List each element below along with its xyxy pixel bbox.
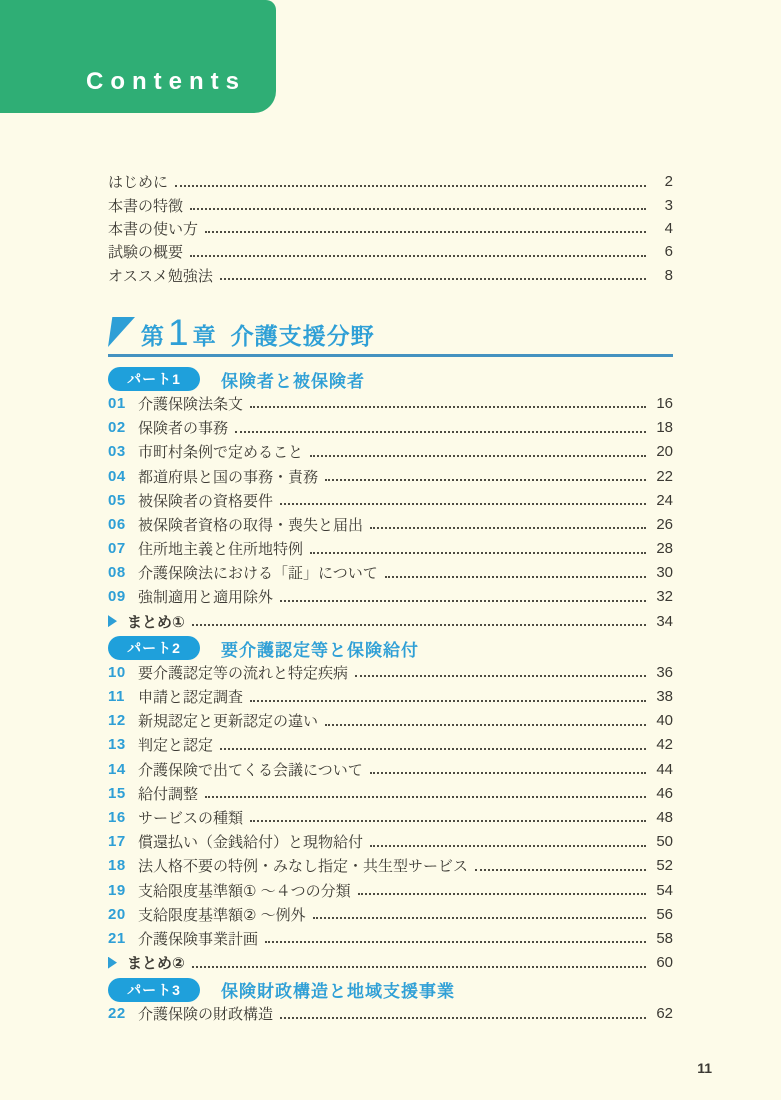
toc-item: 03市町村条例で定めること20	[108, 440, 673, 464]
page-ref: 18	[653, 419, 673, 436]
part-title: 保険財政構造と地域支援事業	[221, 977, 455, 1002]
page-ref: 40	[653, 712, 673, 729]
dot-leader	[192, 624, 646, 626]
toc-item: 14介護保険で出てくる会議について44	[108, 757, 673, 781]
toc-item: 05被保険者の資格要件24	[108, 488, 673, 512]
toc-item: 12新規認定と更新認定の違い40	[108, 709, 673, 733]
item-number: 21	[108, 930, 138, 947]
dot-leader	[280, 600, 646, 602]
page-ref: 38	[653, 688, 673, 705]
toc-item: 19支給限度基準額① ～４つの分類54	[108, 878, 673, 902]
front-matter-entry: 本書の特徴3	[108, 193, 673, 216]
entry-label: 介護保険で出てくる会議について	[138, 759, 363, 780]
entry-label: 住所地主義と住所地特例	[138, 538, 303, 559]
toc-item: 18法人格不要の特例・みなし指定・共生型サービス52	[108, 854, 673, 878]
toc-item: 01介護保険法条文16	[108, 391, 673, 415]
dot-leader	[205, 231, 646, 233]
item-number: 19	[108, 882, 138, 899]
page-ref: 28	[653, 540, 673, 557]
item-number: 05	[108, 492, 138, 509]
item-number: 03	[108, 443, 138, 460]
entry-label: 試験の概要	[108, 241, 183, 262]
part-header: パート2要介護認定等と保険給付	[108, 636, 673, 660]
dot-leader	[370, 772, 646, 774]
dot-leader	[475, 869, 646, 871]
item-number: 14	[108, 761, 138, 778]
entry-label: 介護保険の財政構造	[138, 1003, 273, 1024]
toc-item: 09強制適用と適用除外32	[108, 585, 673, 609]
page-ref: 44	[653, 761, 673, 778]
toc-content: はじめに2本書の特徴3本書の使い方4試験の概要6オススメ勉強法8 第 1 章 介…	[108, 0, 673, 1026]
chapter-number: 1	[168, 317, 189, 348]
page-ref: 34	[653, 613, 673, 630]
dot-leader	[310, 552, 646, 554]
toc-item: 20支給限度基準額② ～例外56	[108, 902, 673, 926]
page-ref: 20	[653, 443, 673, 460]
item-number: 18	[108, 857, 138, 874]
dot-leader	[385, 576, 646, 578]
page-ref: 32	[653, 588, 673, 605]
part-header: パート1保険者と被保険者	[108, 367, 673, 391]
dot-leader	[370, 845, 646, 847]
page-ref: 52	[653, 857, 673, 874]
toc-item: 07住所地主義と住所地特例28	[108, 537, 673, 561]
item-number: 10	[108, 664, 138, 681]
dot-leader	[370, 527, 646, 529]
toc-item: 16サービスの種類48	[108, 805, 673, 829]
page-ref: 50	[653, 833, 673, 850]
toc-item: 13判定と認定42	[108, 733, 673, 757]
toc-item: 06被保険者資格の取得・喪失と届出26	[108, 512, 673, 536]
page-ref: 8	[653, 267, 673, 284]
entry-label: 本書の特徴	[108, 195, 183, 216]
page-ref: 30	[653, 564, 673, 581]
dot-leader	[220, 278, 646, 280]
dot-leader	[250, 406, 646, 408]
page-number: 11	[697, 1060, 712, 1076]
entry-label: 新規認定と更新認定の違い	[138, 710, 318, 731]
entry-label: 介護保険法における「証」について	[138, 562, 378, 583]
dot-leader	[265, 941, 646, 943]
entry-label: サービスの種類	[138, 807, 243, 828]
dot-leader	[358, 893, 646, 895]
entry-label: はじめに	[108, 171, 168, 192]
page-ref: 22	[653, 468, 673, 485]
item-number: 16	[108, 809, 138, 826]
part-badge: パート3	[108, 978, 200, 1002]
entry-label: 保険者の事務	[138, 417, 228, 438]
entry-label: 支給限度基準額① ～４つの分類	[138, 880, 351, 901]
toc-item: 02保険者の事務18	[108, 416, 673, 440]
page-ref: 26	[653, 516, 673, 533]
page-ref: 62	[653, 1005, 673, 1022]
front-matter-entry: 本書の使い方4	[108, 217, 673, 240]
page-ref: 46	[653, 785, 673, 802]
dot-leader	[313, 917, 646, 919]
item-number: 15	[108, 785, 138, 802]
page-ref: 3	[653, 197, 673, 214]
item-number: 04	[108, 468, 138, 485]
toc-item: 21介護保険事業計画58	[108, 926, 673, 950]
entry-label: 給付調整	[138, 783, 198, 804]
entry-label: 要介護認定等の流れと特定疾病	[138, 662, 348, 683]
entry-label: まとめ②	[127, 952, 185, 973]
toc-item: 04都道府県と国の事務・責務22	[108, 464, 673, 488]
dot-leader	[325, 479, 646, 481]
item-number: 20	[108, 906, 138, 923]
summary-entry: まとめ②60	[108, 951, 673, 975]
entry-label: 法人格不要の特例・みなし指定・共生型サービス	[138, 855, 468, 876]
entry-label: 判定と認定	[138, 734, 213, 755]
entry-label: 介護保険事業計画	[138, 928, 258, 949]
page-ref: 24	[653, 492, 673, 509]
entry-label: まとめ①	[127, 611, 185, 632]
part-badge: パート2	[108, 636, 200, 660]
page-ref: 54	[653, 882, 673, 899]
dot-leader	[250, 820, 646, 822]
page-ref: 2	[653, 173, 673, 190]
triangle-bullet-icon	[108, 957, 117, 969]
item-number: 02	[108, 419, 138, 436]
toc-item: 10要介護認定等の流れと特定疾病36	[108, 660, 673, 684]
chapter-suffix: 章	[193, 325, 216, 348]
dot-leader	[280, 503, 646, 505]
toc-item: 08介護保険法における「証」について30	[108, 561, 673, 585]
part-badge: パート1	[108, 367, 200, 391]
dot-leader	[175, 185, 646, 187]
dot-leader	[310, 455, 646, 457]
chapter-title: 介護支援分野	[231, 325, 375, 348]
dot-leader	[192, 966, 646, 968]
dot-leader	[190, 255, 646, 257]
item-number: 13	[108, 736, 138, 753]
front-matter-list: はじめに2本書の特徴3本書の使い方4試験の概要6オススメ勉強法8	[108, 170, 673, 287]
item-number: 01	[108, 395, 138, 412]
chapter-flag-icon	[108, 317, 135, 347]
dot-leader	[205, 796, 646, 798]
entry-label: オススメ勉強法	[108, 265, 213, 286]
part-title: 要介護認定等と保険給付	[221, 636, 419, 661]
item-number: 09	[108, 588, 138, 605]
entry-label: 支給限度基準額② ～例外	[138, 904, 306, 925]
entry-label: 市町村条例で定めること	[138, 441, 303, 462]
toc-item: 22介護保険の財政構造62	[108, 1002, 673, 1026]
page-ref: 36	[653, 664, 673, 681]
toc-item: 15給付調整46	[108, 781, 673, 805]
dot-leader	[235, 431, 646, 433]
entry-label: 本書の使い方	[108, 218, 198, 239]
dot-leader	[355, 675, 646, 677]
part-header: パート3保険財政構造と地域支援事業	[108, 978, 673, 1002]
dot-leader	[220, 748, 646, 750]
front-matter-entry: 試験の概要6	[108, 240, 673, 263]
front-matter-entry: はじめに2	[108, 170, 673, 193]
chapter-prefix: 第	[141, 325, 164, 348]
part-title: 保険者と被保険者	[221, 367, 365, 392]
entry-label: 償還払い（金銭給付）と現物給付	[138, 831, 363, 852]
entry-label: 都道府県と国の事務・責務	[138, 466, 318, 487]
summary-entry: まとめ①34	[108, 609, 673, 633]
item-number: 11	[108, 688, 138, 705]
page-ref: 56	[653, 906, 673, 923]
dot-leader	[280, 1017, 646, 1019]
page-ref: 58	[653, 930, 673, 947]
entry-label: 強制適用と適用除外	[138, 586, 273, 607]
entry-label: 申請と認定調査	[138, 686, 243, 707]
item-number: 08	[108, 564, 138, 581]
page-ref: 4	[653, 220, 673, 237]
toc-item: 11申請と認定調査38	[108, 684, 673, 708]
parts-list: パート1保険者と被保険者01介護保険法条文1602保険者の事務1803市町村条例…	[108, 367, 673, 1026]
entry-label: 被保険者資格の取得・喪失と届出	[138, 514, 363, 535]
toc-item: 17償還払い（金銭給付）と現物給付50	[108, 830, 673, 854]
front-matter-entry: オススメ勉強法8	[108, 264, 673, 287]
triangle-bullet-icon	[108, 615, 117, 627]
item-number: 12	[108, 712, 138, 729]
dot-leader	[325, 724, 646, 726]
item-number: 22	[108, 1005, 138, 1022]
item-number: 06	[108, 516, 138, 533]
page-ref: 16	[653, 395, 673, 412]
item-number: 17	[108, 833, 138, 850]
entry-label: 被保険者の資格要件	[138, 490, 273, 511]
page-ref: 48	[653, 809, 673, 826]
item-number: 07	[108, 540, 138, 557]
dot-leader	[190, 208, 646, 210]
page-ref: 42	[653, 736, 673, 753]
entry-label: 介護保険法条文	[138, 393, 243, 414]
page-ref: 60	[653, 954, 673, 971]
dot-leader	[250, 700, 646, 702]
chapter-heading: 第 1 章 介護支援分野	[108, 317, 673, 357]
page-ref: 6	[653, 243, 673, 260]
